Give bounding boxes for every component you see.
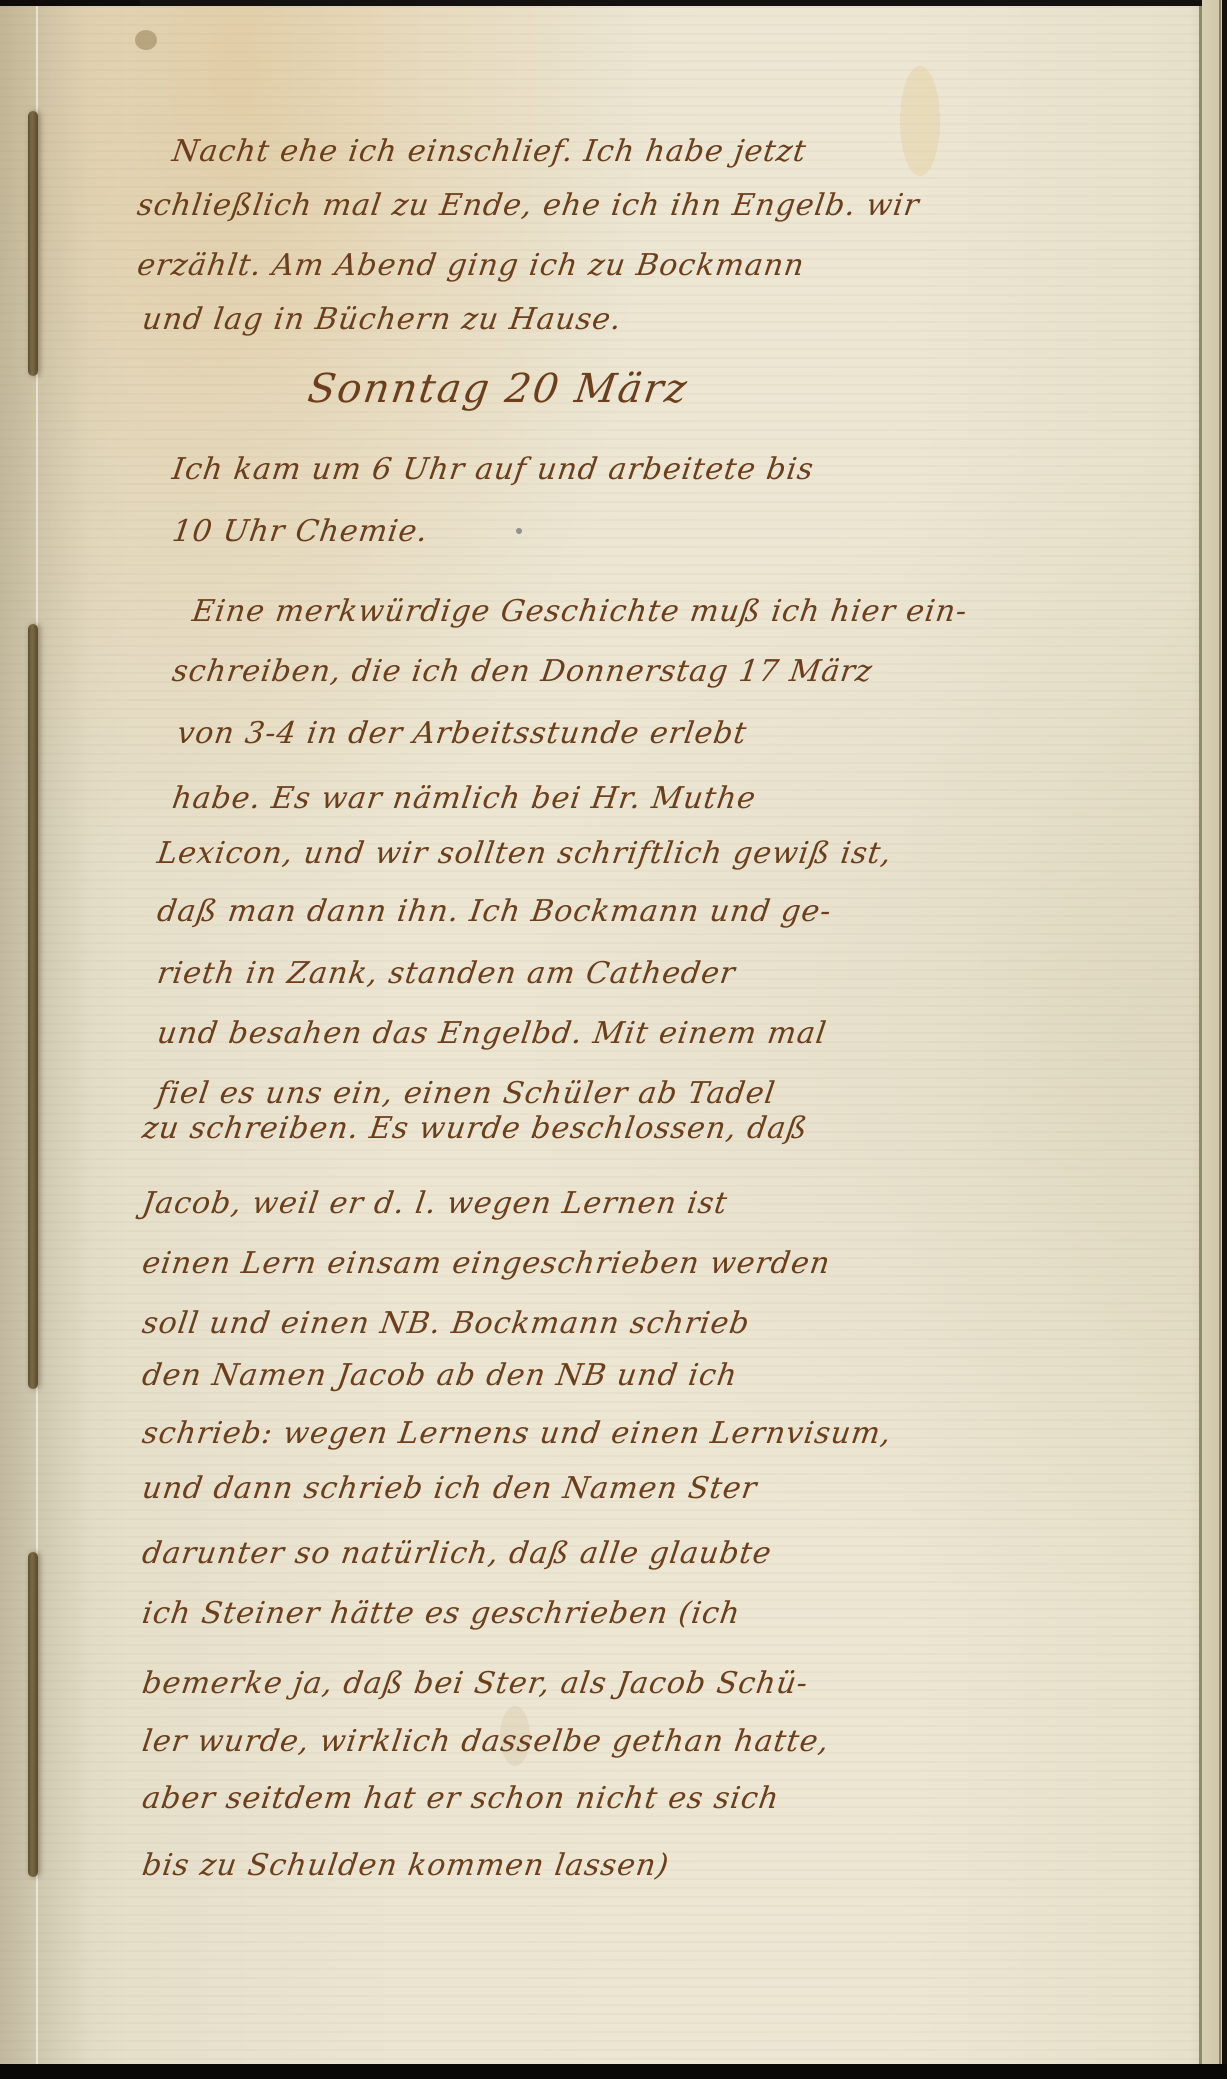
text-line: darunter so natürlich, daß alle glaubte bbox=[140, 1536, 774, 1571]
text-line: Eine merkwürdige Geschichte muß ich hier… bbox=[190, 594, 970, 629]
text-line: einen Lern einsam eingeschrieben werden bbox=[140, 1246, 833, 1281]
text-line: Nacht ehe ich einschlief. Ich habe jetzt bbox=[170, 134, 809, 169]
text-line: ich Steiner hätte es geschrieben (ich bbox=[140, 1596, 743, 1631]
text-line: erzählt. Am Abend ging ich zu Bockmann bbox=[135, 248, 807, 283]
text-line: und lag in Büchern zu Hause. bbox=[140, 302, 624, 337]
text-line: fiel es uns ein, einen Schüler ab Tadel bbox=[155, 1076, 778, 1111]
gutter-shadow bbox=[0, 6, 90, 2064]
binding-stitch-2 bbox=[28, 624, 38, 1389]
text-line: schreiben, die ich den Donnerstag 17 Mär… bbox=[170, 654, 875, 689]
text-line: rieth in Zank, standen am Catheder bbox=[155, 956, 738, 991]
text-line: und dann schrieb ich den Namen Ster bbox=[140, 1471, 759, 1506]
paper-stain bbox=[900, 66, 940, 176]
text-line: den Namen Jacob ab den NB und ich bbox=[140, 1358, 740, 1393]
scan-border-top bbox=[0, 0, 140, 6]
text-line: Ich kam um 6 Uhr auf und arbeitete bis bbox=[170, 452, 816, 487]
binding-stitch-3 bbox=[28, 1552, 38, 1877]
text-line: habe. Es war nämlich bei Hr. Muthe bbox=[170, 781, 758, 816]
text-line: bemerke ja, daß bei Ster, als Jacob Schü… bbox=[140, 1666, 810, 1701]
entry-date-heading: Sonntag 20 März bbox=[305, 366, 691, 412]
text-line: ler wurde, wirklich dasselbe gethan hatt… bbox=[140, 1724, 832, 1759]
text-line: Jacob, weil er d. l. wegen Lernen ist bbox=[140, 1186, 730, 1221]
text-line: aber seitdem hat er schon nicht es sich bbox=[140, 1781, 782, 1816]
text-line: soll und einen NB. Bockmann schrieb bbox=[140, 1306, 752, 1341]
page-edge-line bbox=[1199, 6, 1202, 2064]
text-line: schrieb: wegen Lernens und einen Lernvis… bbox=[140, 1416, 894, 1451]
text-line: zu schreiben. Es wurde beschlossen, daß bbox=[140, 1111, 810, 1146]
paper-blemish bbox=[135, 30, 157, 50]
text-line: daß man dann ihn. Ich Bockmann und ge- bbox=[155, 894, 834, 929]
ink-dot bbox=[516, 528, 522, 534]
manuscript-page: Nacht ehe ich einschlief. Ich habe jetzt… bbox=[0, 6, 1205, 2064]
binding-stitch-1 bbox=[28, 111, 38, 376]
page-edge-line-outer bbox=[1219, 0, 1221, 2064]
text-line: und besahen das Engelbd. Mit einem mal bbox=[155, 1016, 829, 1051]
text-line: schließlich mal zu Ende, ehe ich ihn Eng… bbox=[135, 188, 922, 223]
text-line: bis zu Schulden kommen lassen) bbox=[140, 1848, 672, 1883]
text-line: von 3-4 in der Arbeitsstunde erlebt bbox=[175, 716, 749, 751]
scan-border-bottom bbox=[0, 2064, 1227, 2079]
text-line: Lexicon, und wir sollten schriftlich gew… bbox=[155, 836, 894, 871]
text-line: 10 Uhr Chemie. bbox=[170, 514, 430, 549]
